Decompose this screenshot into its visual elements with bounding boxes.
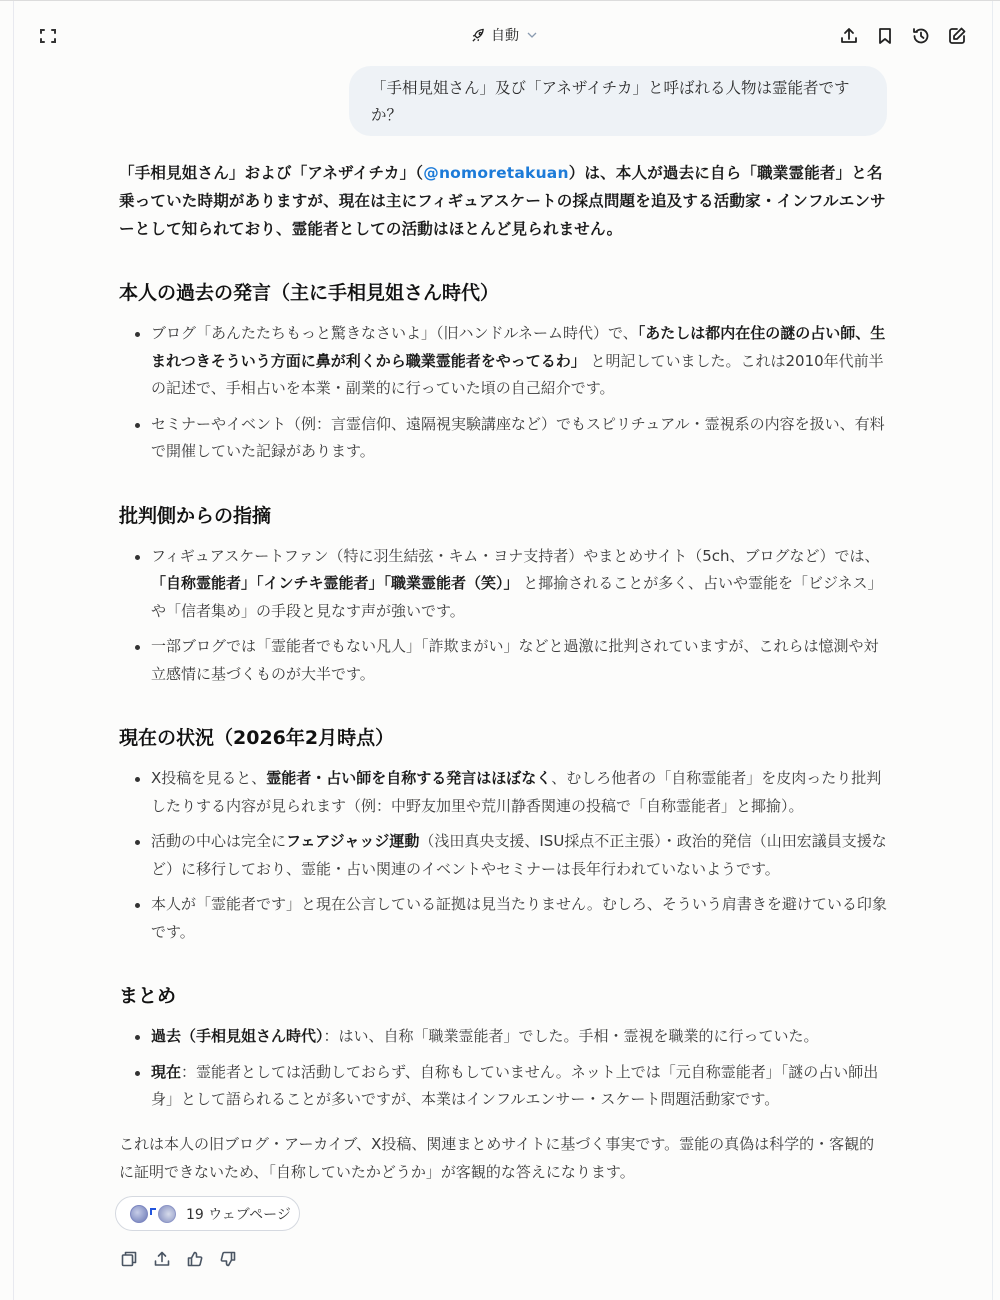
bookmark-icon — [875, 26, 895, 46]
share-icon — [153, 1250, 171, 1268]
answer-intro: 「手相見姐さん」および「アネザイチカ」（@nomoretakuan）は、本人が過… — [119, 159, 889, 243]
share-icon — [839, 26, 859, 46]
history-icon — [911, 26, 931, 46]
user-message-text: 「手相見姐さん」及び「アネザイチカ」と呼ばれる人物は霊能者ですか？ — [371, 79, 850, 124]
thumbs-down-icon — [219, 1250, 237, 1268]
dislike-button[interactable] — [218, 1249, 238, 1269]
list-item: 現在：霊能者としては活動しておらず、自称もしていません。ネット上では「元自称霊能… — [119, 1059, 889, 1114]
right-divider — [992, 1, 993, 1300]
list-item: 一部ブログでは「霊能者でもない凡人」「詐欺まがい」などと過激に批判されていますが… — [119, 633, 889, 688]
list-item: 過去（手相見姐さん時代）：はい、自称「職業霊能者」でした。手相・霊視を職業的に行… — [119, 1023, 889, 1051]
copy-icon — [120, 1250, 138, 1268]
sources-button[interactable]: 19 ウェブページ — [115, 1196, 300, 1231]
chevron-down-icon — [526, 29, 538, 41]
user-handle-link[interactable]: @nomoretakuan — [423, 164, 568, 182]
assistant-answer: 「手相見姐さん」および「アネザイチカ」（@nomoretakuan）は、本人が過… — [119, 159, 889, 1186]
section-heading-summary: まとめ — [119, 983, 889, 1009]
list-item: ブログ「あんたたちもっと驚きなさいよ」（旧ハンドルネーム時代）で、「あたしは都内… — [119, 320, 889, 403]
sources-label: 19 ウェブページ — [186, 1204, 291, 1224]
expand-icon — [38, 26, 58, 46]
section-heading-criticism: 批判側からの指摘 — [119, 503, 889, 529]
source-favicons — [130, 1205, 176, 1223]
copy-button[interactable] — [119, 1249, 139, 1269]
list-item: 活動の中心は完全にフェアジャッジ運動（浅田真央支援、ISU採点不正主張）・政治的… — [119, 828, 889, 883]
like-button[interactable] — [185, 1249, 205, 1269]
share-button[interactable] — [836, 23, 862, 49]
mode-label: 自動 — [491, 25, 519, 45]
thumbs-up-icon — [186, 1250, 204, 1268]
edit-icon — [947, 26, 967, 46]
user-message-bubble: 「手相見姐さん」及び「アネザイチカ」と呼ばれる人物は霊能者ですか？ — [349, 66, 887, 136]
intro-text: 「手相見姐さん」および「アネザイチカ」（ — [119, 164, 423, 182]
section-list-summary: 過去（手相見姐さん時代）：はい、自称「職業霊能者」でした。手相・霊視を職業的に行… — [119, 1023, 889, 1114]
section-list-past: ブログ「あんたたちもっと驚きなさいよ」（旧ハンドルネーム時代）で、「あたしは都内… — [119, 320, 889, 466]
list-item: セミナーやイベント（例：言霊信仰、遠隔視実験講座など）でもスピリチュアル・霊視系… — [119, 411, 889, 466]
list-item: X投稿を見ると、霊能者・占い師を自称する発言はほぼなく、むしろ他者の「自称霊能者… — [119, 765, 889, 820]
section-heading-current: 現在の状況（2026年2月時点） — [119, 725, 889, 751]
new-chat-button[interactable] — [944, 23, 970, 49]
message-actions — [119, 1249, 238, 1269]
top-bar: 自動 — [14, 0, 992, 70]
left-divider — [13, 1, 14, 1300]
bookmark-button[interactable] — [872, 23, 898, 49]
answer-closing: これは本人の旧ブログ・アーカイブ、X投稿、関連まとめサイトに基づく事実です。霊能… — [119, 1130, 889, 1186]
section-heading-past: 本人の過去の発言（主に手相見姐さん時代） — [119, 280, 889, 306]
list-item: 本人が「霊能者です」と現在公言している証拠は見当たりません。むしろ、そういう肩書… — [119, 891, 889, 946]
mode-selector[interactable]: 自動 — [471, 24, 538, 46]
list-item: フィギュアスケートファン（特に羽生結弦・キム・ヨナ支持者）やまとめサイト（5ch… — [119, 543, 889, 626]
globe-icon — [130, 1205, 148, 1223]
section-list-criticism: フィギュアスケートファン（特に羽生結弦・キム・ヨナ支持者）やまとめサイト（5ch… — [119, 543, 889, 689]
globe-icon — [158, 1205, 176, 1223]
history-button[interactable] — [908, 23, 934, 49]
expand-button[interactable] — [35, 23, 61, 49]
section-list-current: X投稿を見ると、霊能者・占い師を自称する発言はほぼなく、むしろ他者の「自称霊能者… — [119, 765, 889, 946]
share-response-button[interactable] — [152, 1249, 172, 1269]
rocket-icon — [471, 28, 486, 43]
site-favicon-icon — [149, 1205, 157, 1223]
